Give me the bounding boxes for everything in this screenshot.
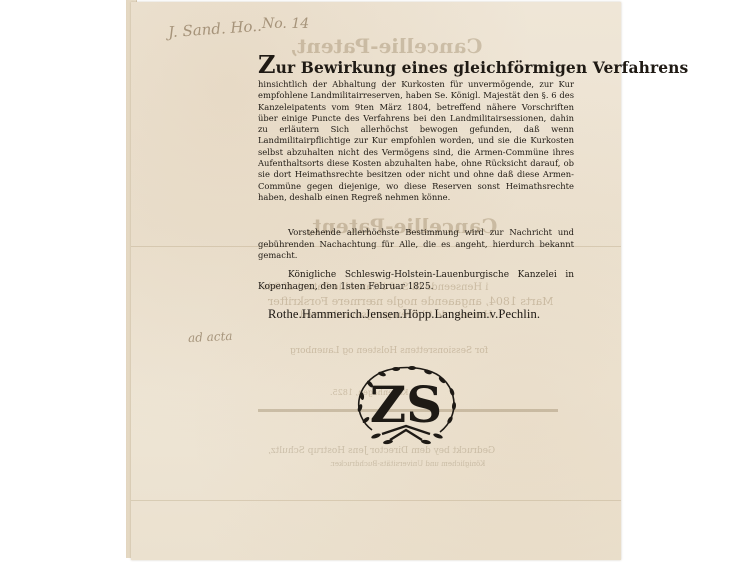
decree-headline: Zur Bewirkung eines gleichförmigen Verfa… [258, 55, 574, 79]
handwritten-note-number: No. 14 [262, 16, 309, 32]
signatures: Rothe.Hammerich.Jensen.Höpp.Langheim.v.P… [268, 307, 574, 322]
handwritten-margin-note: ad acta [188, 329, 233, 345]
decree-paragraph-main: hinsichtlich der Abhaltung der Kurkosten… [258, 79, 574, 203]
decree-issuer-date: Königliche Schleswig-Holstein-Lauenburgi… [258, 269, 574, 293]
headline-text: ur Bewirkung eines gleichförmigen Verfah… [276, 58, 689, 77]
svg-text:ZS: ZS [370, 375, 443, 434]
paper-crease [131, 500, 621, 501]
decree-paragraph-announcement: Vorstehende allerhöchste Bestimmung wird… [258, 227, 574, 261]
scan-stage: J. Sand. Ho.. No. 14 ad acta Cancellie-P… [0, 0, 750, 562]
bleed-through-imprint: Königlichem und Universitäts-Buchdrucker… [330, 460, 485, 468]
decree-text: Zur Bewirkung eines gleichförmigen Verfa… [258, 55, 574, 322]
monogram-emblem-icon: ZS [342, 360, 470, 450]
bleed-through-line: for Sessionsrettens Holsteen og Lauenbor… [290, 346, 488, 356]
headline-initial: Z [258, 50, 276, 79]
